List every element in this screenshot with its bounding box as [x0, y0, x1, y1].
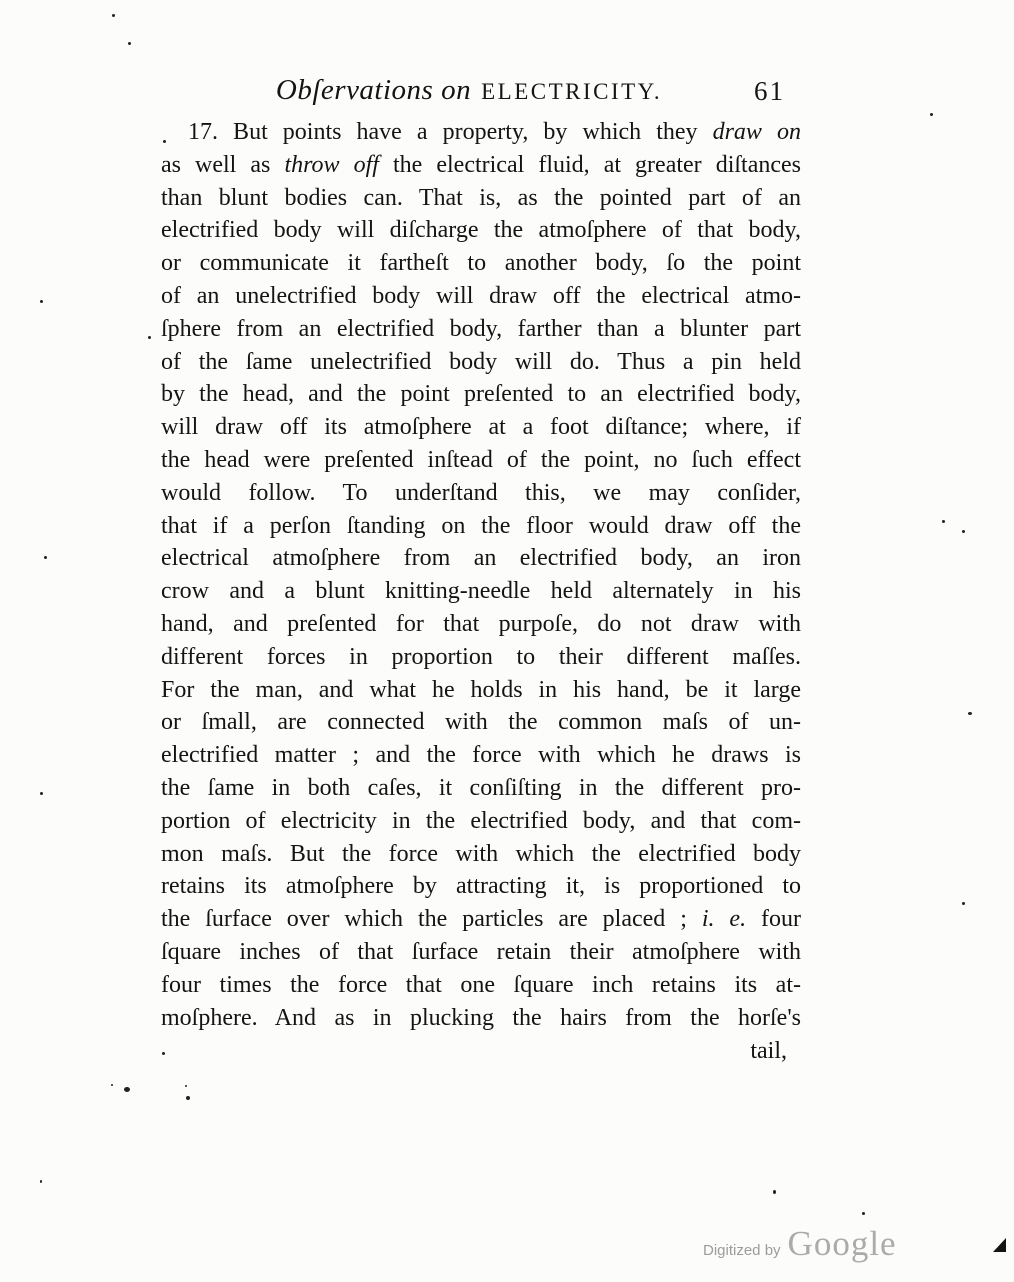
- ink-mark-triangle: [993, 1238, 1006, 1252]
- running-header: Obſervations on ELECTRICITY. 61: [161, 74, 801, 116]
- text-line: ſquare inches of that ſurface retain the…: [161, 936, 801, 969]
- body-text: 17. But points have a property, by which…: [161, 116, 801, 1068]
- scan-speckle: [111, 1084, 113, 1086]
- scan-speckle: [773, 1190, 776, 1194]
- text-line: electrical atmoſphere from an electrifie…: [161, 542, 801, 575]
- text-line: For the man, and what he holds in his ha…: [161, 674, 801, 707]
- text-line: that if a perſon ſtanding on the floor w…: [161, 510, 801, 543]
- scan-speckle: [962, 530, 965, 533]
- text-line: retains its atmoſphere by attracting it,…: [161, 870, 801, 903]
- text-line: the ſame in both caſes, it conſiſting in…: [161, 772, 801, 805]
- scan-speckle: [163, 140, 166, 143]
- scan-speckle: [862, 1212, 865, 1215]
- text-line: would follow. To underſtand this, we may…: [161, 477, 801, 510]
- scan-speckle: [186, 1096, 190, 1100]
- scan-speckle: [40, 300, 43, 303]
- header-title-caps-part: ELECTRICITY.: [481, 79, 662, 104]
- text-line: or ſmall, are connected with the common …: [161, 706, 801, 739]
- text-line: than blunt bodies can. That is, as the p…: [161, 182, 801, 215]
- text-line: four times the force that one ſquare inc…: [161, 969, 801, 1002]
- scan-speckle: [40, 1180, 42, 1183]
- scan-speckle: [124, 1087, 130, 1092]
- scan-speckle: [40, 792, 43, 795]
- header-title-italic-part: Obſervations on: [276, 74, 471, 106]
- text-line: by the head, and the point preſented to …: [161, 378, 801, 411]
- text-line: crow and a blunt knitting-needle held al…: [161, 575, 801, 608]
- scan-speckle: [930, 113, 933, 116]
- text-line: 17. But points have a property, by which…: [161, 116, 801, 149]
- scan-speckle: [942, 520, 945, 523]
- watermark: Digitized by Google: [703, 1224, 897, 1264]
- scan-speckle: [185, 1085, 187, 1087]
- text-line: electrified matter ; and the force with …: [161, 739, 801, 772]
- text-line: moſphere. And as in plucking the hairs f…: [161, 1002, 801, 1035]
- catchword: tail,: [161, 1034, 801, 1068]
- text-line: the head were preſented inſtead of the p…: [161, 444, 801, 477]
- scan-speckle: [968, 712, 972, 715]
- text-line: ſphere from an electrified body, farther…: [161, 313, 801, 346]
- text-line: as well as throw off the electrical flui…: [161, 149, 801, 182]
- text-line: will draw off its atmoſphere at a foot d…: [161, 411, 801, 444]
- scan-speckle: [112, 14, 115, 17]
- text-line: electrified body will diſcharge the atmo…: [161, 214, 801, 247]
- page-number: 61: [754, 76, 785, 107]
- header-title: Obſervations on ELECTRICITY.: [149, 74, 789, 107]
- text-line: of an unelectrified body will draw off t…: [161, 280, 801, 313]
- book-page-scan: Obſervations on ELECTRICITY. 61 17. But …: [0, 0, 1014, 1282]
- watermark-prefix: Digitized by: [703, 1242, 781, 1259]
- scan-speckle: [128, 42, 131, 45]
- scan-speckle: [44, 556, 47, 559]
- scan-speckle: [148, 336, 151, 339]
- text-line: the ſurface over which the particles are…: [161, 903, 801, 936]
- text-line: or communicate it fartheſt to another bo…: [161, 247, 801, 280]
- text-line: hand, and preſented for that purpoſe, do…: [161, 608, 801, 641]
- body-lines: 17. But points have a property, by which…: [161, 116, 801, 1034]
- text-line: of the ſame unelectrified body will do. …: [161, 346, 801, 379]
- scan-speckle: [162, 1052, 165, 1055]
- text-line: mon maſs. But the force with which the e…: [161, 838, 801, 871]
- scan-speckle: [962, 902, 965, 905]
- text-line: portion of electricity in the electrifie…: [161, 805, 801, 838]
- google-logo: Google: [788, 1224, 897, 1264]
- text-line: different forces in proportion to their …: [161, 641, 801, 674]
